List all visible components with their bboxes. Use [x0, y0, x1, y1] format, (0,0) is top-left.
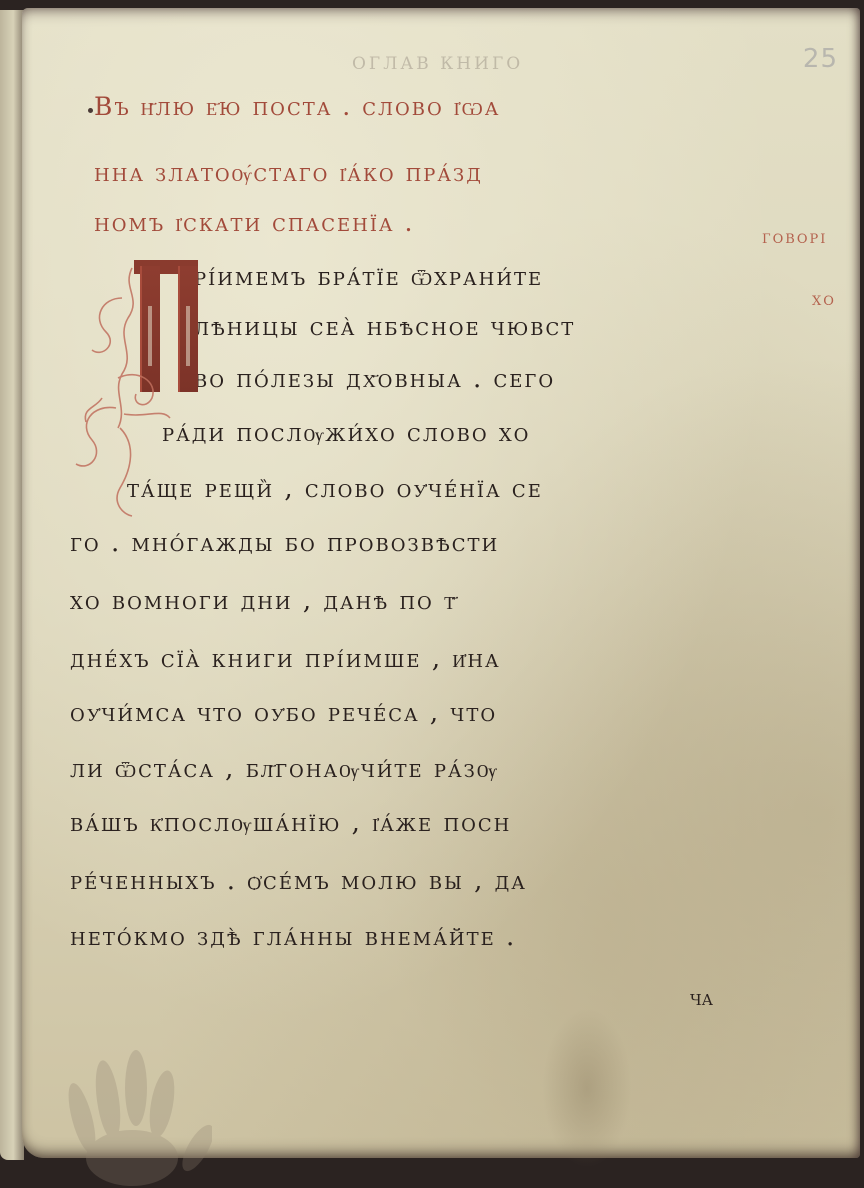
body-line-8: дне́хъ сїа̀ книги прі́имше , и҆на: [70, 644, 501, 674]
body-line-9: оу҆чи́мса что оу҆бо рече́са , что: [70, 698, 497, 728]
body-line-11: ва́шъ к҆послѹша́нїю , і҆а́же посн: [70, 808, 511, 838]
margin-note-lower: хо: [812, 288, 836, 310]
body-line-5: та́ще рещи̏ , слово оу҆че́нїа се: [127, 474, 543, 504]
facing-page-edge: [0, 10, 24, 1160]
body-line-2: лѣницы сеа̀ нбѣсное чювст: [194, 312, 575, 342]
manuscript-scan: 25 ОГЛАВ КНИГО Въ н҃лю е҃ю поста . слово…: [0, 0, 864, 1188]
body-line-13: нето́кмо здѣ̀ гла́нны внема́йте .: [70, 922, 516, 952]
body-line-1: рі́имемъ бра́тїе ѿхрани́те: [194, 262, 543, 292]
rubric-line-1: Въ н҃лю е҃ю поста . слово і҆ѡа: [94, 92, 500, 121]
body-line-12: ре́ченныхъ . ѻ҆се́мъ молю вы , да: [70, 866, 527, 896]
body-line-6: го . мно́гажды бо провозвѣсти: [70, 528, 499, 558]
folio-number: 25: [803, 44, 838, 74]
catchword: ча: [690, 986, 713, 1011]
bleed-through-text: ОГЛАВ КНИГО: [352, 54, 523, 74]
body-line-7: хо вомноги дни , данѣ по т҃: [70, 586, 457, 616]
manuscript-page: 25 ОГЛАВ КНИГО Въ н҃лю е҃ю поста . слово…: [22, 8, 860, 1158]
body-line-4: ра́ди послѹжи́хо слово хо: [162, 418, 530, 448]
handprint-smudge: [52, 1048, 212, 1188]
body-line-10: ли ѿста́са , бл҃гонаѹчи́те ра́зѹ: [70, 754, 499, 784]
body-line-3: во по́лезы дх҃овныа . сего: [194, 364, 555, 394]
rubric-line-2: нна златоѹ́стаго і҆а́ко пра́зд: [94, 158, 483, 187]
rubric-line-3: номъ і҆скати спасенїа .: [94, 208, 414, 237]
section-bullet: [88, 108, 93, 113]
margin-note-upper: говорі: [762, 226, 827, 248]
water-stain: [542, 1008, 632, 1168]
initial-flourish-ornament: [62, 258, 182, 518]
